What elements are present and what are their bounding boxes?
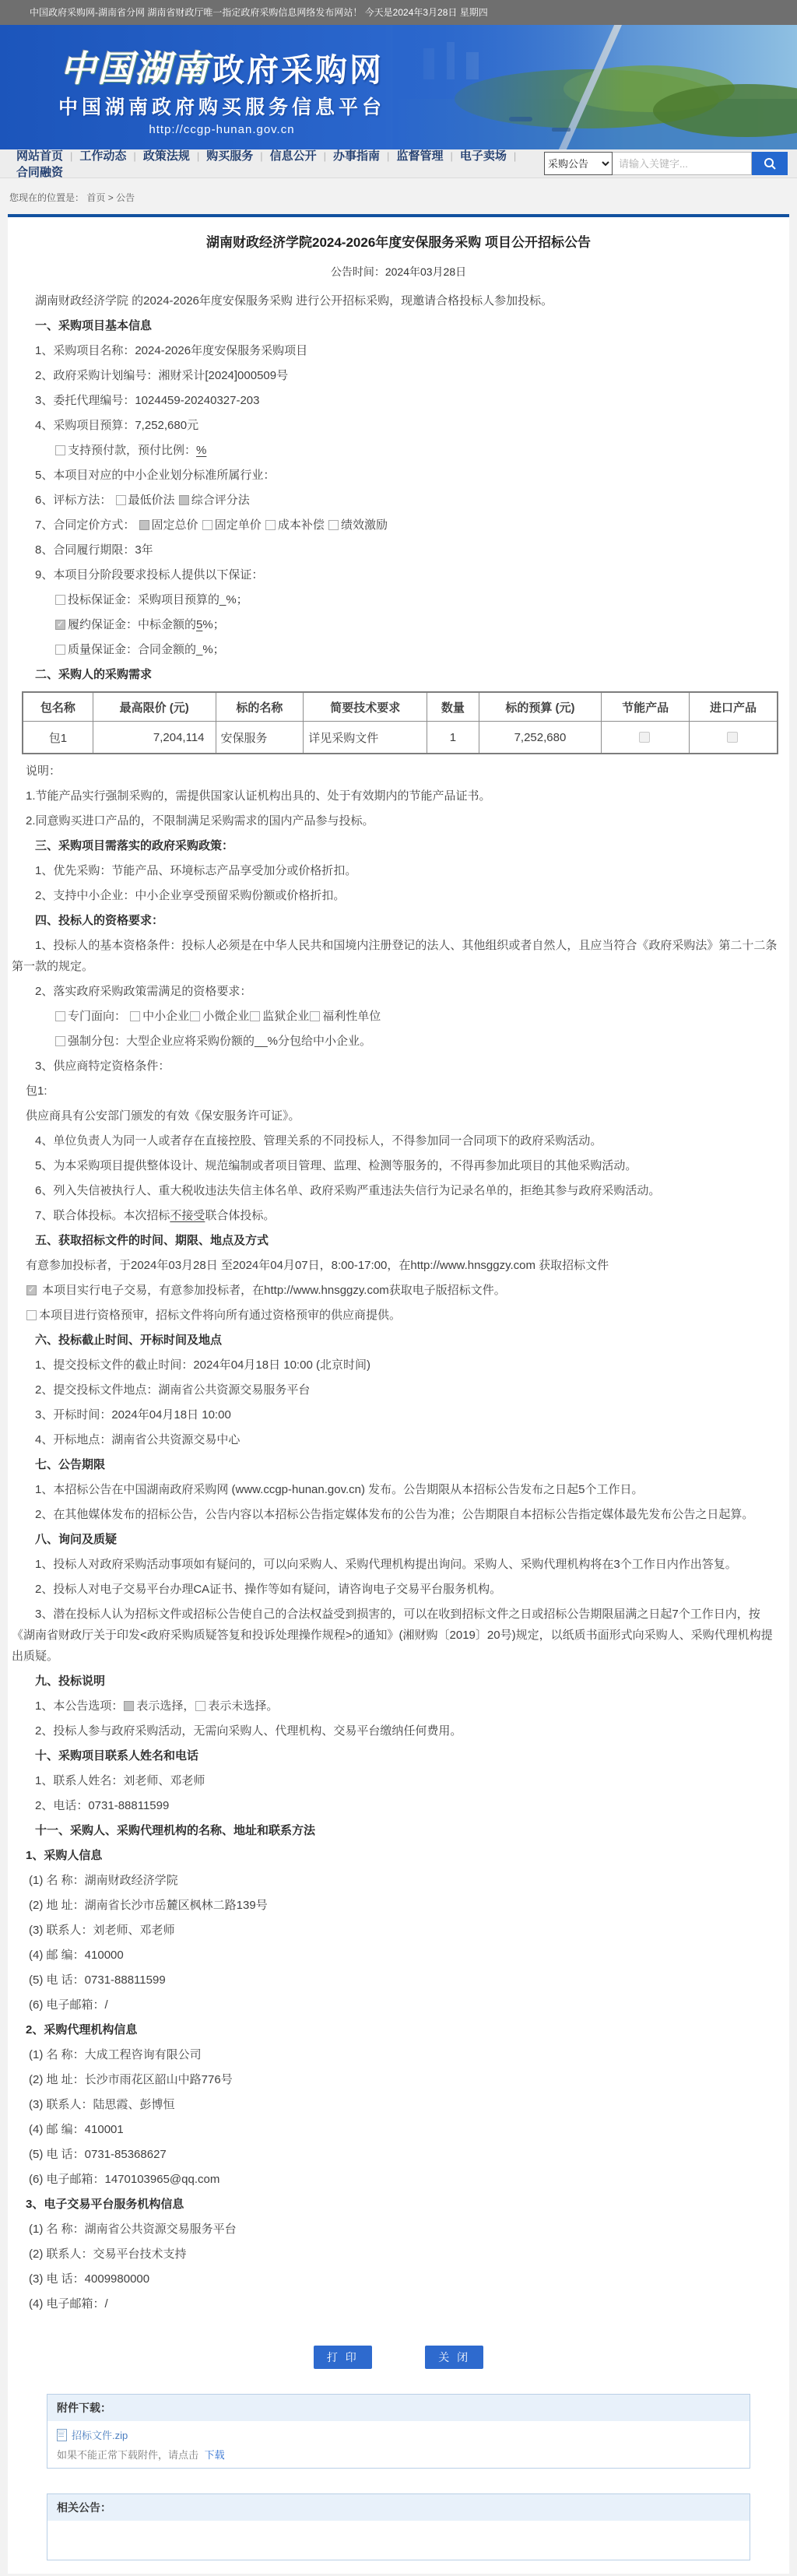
- doc-line: 6、列入失信被执行人、重大税收违法失信主体名单、政府采购严重违法失信行为记录名单…: [12, 1180, 785, 1201]
- doc-line: 专门面向： 中小企业小微企业监狱企业福利性单位: [12, 1006, 785, 1027]
- checkbox-disabled-icon: [727, 732, 738, 743]
- nav-item-5[interactable]: 信息公开: [263, 149, 324, 163]
- search-icon: [763, 156, 777, 170]
- checkbox-unchecked-icon: [265, 520, 276, 530]
- doc-line: (5) 电 话：0731-88811599: [12, 1970, 785, 1991]
- logo-main-text: 政府采购网: [212, 52, 384, 88]
- table-cell: 安保服务: [216, 722, 304, 754]
- site-banner: 中国湖南政府采购网 中国湖南政府购买服务信息平台 http://ccgp-hun…: [0, 25, 797, 149]
- table-header-cell: 简要技术要求: [304, 692, 427, 722]
- table-header-cell: 包名称: [23, 692, 93, 722]
- checkbox-unchecked-icon: [55, 645, 65, 655]
- attachment-note: 如果不能正常下载附件，请点击 下载: [57, 2447, 740, 2462]
- doc-line: 十、采购项目联系人姓名和电话: [12, 1745, 785, 1766]
- doc-line: 8、合同履行期限：3年: [12, 539, 785, 561]
- nav-item-8[interactable]: 电子卖场: [453, 149, 514, 163]
- table-header-cell: 标的预算 (元): [479, 692, 602, 722]
- checkbox-unchecked-icon: [202, 520, 212, 530]
- table-header-row: 包名称最高限价 (元)标的名称简要技术要求数量标的预算 (元)节能产品进口产品: [23, 692, 778, 722]
- close-button[interactable]: 关 闭: [425, 2346, 483, 2369]
- nav-item-6[interactable]: 办事指南: [326, 149, 387, 163]
- nav-item-3[interactable]: 政策法规: [136, 149, 197, 163]
- search-button[interactable]: [752, 152, 788, 175]
- nav-items: 网站首页|工作动态|政策法规|购买服务|信息公开|办事指南|监督管理|电子卖场|…: [9, 147, 544, 180]
- breadcrumb-separator: >: [108, 192, 114, 203]
- table-header-cell: 最高限价 (元): [93, 692, 216, 722]
- main-nav: 网站首页|工作动态|政策法规|购买服务|信息公开|办事指南|监督管理|电子卖场|…: [0, 149, 797, 178]
- doc-line: 1、投标人对政府采购活动事项如有疑问的，可以向采购人、采购代理机构提出询问。采购…: [12, 1554, 785, 1575]
- attachment-body: 招标文件.zip 如果不能正常下载附件，请点击 下载: [47, 2421, 750, 2468]
- doc-line: (2) 地 址：湖南省长沙市岳麓区枫林二路139号: [12, 1895, 785, 1916]
- banner-url: http://ccgp-hunan.gov.cn: [0, 123, 444, 136]
- doc-line: (4) 电子邮箱：/: [12, 2293, 785, 2314]
- nav-search-group: 采购公告: [544, 152, 788, 175]
- doc-line: 4、单位负责人为同一人或者存在直接控股、管理关系的不同投标人，不得参加同一合同项…: [12, 1130, 785, 1151]
- table-cell: 7,204,114: [93, 722, 216, 754]
- doc-line: 支持预付款，预付比例：%: [12, 440, 785, 461]
- doc-line: 投标保证金：采购项目预算的_%；: [12, 589, 785, 610]
- checkbox-unchecked-icon: [116, 495, 126, 505]
- table-header-cell: 数量: [427, 692, 479, 722]
- doc-line: 五、获取招标文件的时间、期限、地点及方式: [12, 1230, 785, 1251]
- breadcrumb-prefix: 您现在的位置是：: [9, 192, 84, 203]
- checkbox-checked-icon: [139, 520, 149, 530]
- announcement-card: 湖南财政经济学院2024-2026年度安保服务采购 项目公开招标公告 公告时间：…: [8, 214, 789, 2574]
- doc-line: 1、联系人姓名：刘老师、邓老师: [12, 1770, 785, 1791]
- doc-line: 说明：: [12, 761, 785, 782]
- doc-line: (5) 电 话：0731-85368627: [12, 2144, 785, 2165]
- search-category-select[interactable]: 采购公告: [544, 152, 613, 175]
- table-header-cell: 进口产品: [689, 692, 778, 722]
- nav-item-4[interactable]: 购买服务: [199, 149, 260, 163]
- doc-line: 三、采购项目需落实的政府采购政策：: [12, 835, 785, 856]
- underlined-text: 不接受: [170, 1209, 205, 1222]
- breadcrumb-home-link[interactable]: 首页: [86, 192, 105, 203]
- doc-line: (6) 电子邮箱：1470103965@qq.com: [12, 2169, 785, 2190]
- table-cell: 详见采购文件: [304, 722, 427, 754]
- doc-line: 质量保证金：合同金额的_%；: [12, 639, 785, 660]
- doc-line: 2.同意购买进口产品的，不限制满足采购需求的国内产品参与投标。: [12, 810, 785, 831]
- doc-line: (4) 邮 编：410001: [12, 2119, 785, 2140]
- doc-line: 2、政府采购计划编号：湘财采计[2024]000509号: [12, 365, 785, 386]
- nav-item-7[interactable]: 监督管理: [389, 149, 450, 163]
- checkbox-disabled-icon: [639, 732, 650, 743]
- site-logo: 中国湖南政府采购网: [0, 40, 444, 92]
- doc-line: 八、询问及质疑: [12, 1529, 785, 1550]
- nav-separator: |: [514, 150, 516, 162]
- doc-line: 9、本项目分阶段要求投标人提供以下保证：: [12, 564, 785, 585]
- doc-line: 2、落实政府采购政策需满足的资格要求：: [12, 981, 785, 1002]
- checkbox-unchecked-icon: [195, 1701, 205, 1711]
- doc-line: (2) 地 址：长沙市雨花区韶山中路776号: [12, 2069, 785, 2090]
- announcement-body: 湖南财政经济学院 的2024-2026年度安保服务采购 进行公开招标采购，现邀请…: [12, 290, 785, 2314]
- doc-line: (1) 名 称：湖南财政经济学院: [12, 1870, 785, 1891]
- checkbox-unchecked-icon: [310, 1011, 320, 1021]
- doc-line: 有意参加投标者，于2024年03月28日 至2024年04月07日，8:00-1…: [12, 1255, 785, 1276]
- table-cell: 1: [427, 722, 479, 754]
- doc-line: 九、投标说明: [12, 1671, 785, 1692]
- doc-line: 供应商具有公安部门颁发的有效《保安服务许可证》。: [12, 1105, 785, 1126]
- doc-line: 7、联合体投标。本次招标不接受联合体投标。: [12, 1205, 785, 1226]
- doc-section-1: 湖南财政经济学院 的2024-2026年度安保服务采购 进行公开招标采购，现邀请…: [12, 290, 785, 685]
- doc-line: 3、开标时间：2024年04月18日 10:00: [12, 1404, 785, 1425]
- doc-line: (4) 邮 编：410000: [12, 1945, 785, 1966]
- breadcrumb: 您现在的位置是： 首页 > 公告: [0, 178, 797, 214]
- doc-line: 5、为本采购项目提供整体设计、规范编制或者项目管理、监理、检测等服务的，不得再参…: [12, 1155, 785, 1176]
- action-buttons: 打 印 关 闭: [12, 2346, 785, 2369]
- doc-line: 2、采购代理机构信息: [12, 2019, 785, 2040]
- checkbox-checked-icon: [26, 1285, 37, 1295]
- doc-line: (2) 联系人：交易平台技术支持: [12, 2244, 785, 2265]
- table-cell: [689, 722, 778, 754]
- table-cell: [602, 722, 690, 754]
- banner-photo: [392, 25, 797, 149]
- doc-line: 1、采购人信息: [12, 1845, 785, 1866]
- doc-section-2: 说明：1.节能产品实行强制采购的，需提供国家认证机构出具的、处于有效期内的节能产…: [12, 761, 785, 2314]
- nav-item-2[interactable]: 工作动态: [72, 149, 133, 163]
- doc-line: 7、合同定价方式： 固定总价 固定单价 成本补偿 绩效激励: [12, 515, 785, 536]
- page: { "topbar": {"text": "中国政府采购网-湖南省分网 湖南省财…: [0, 0, 797, 2576]
- doc-line: 3、委托代理编号：1024459-20240327-203: [12, 390, 785, 411]
- doc-line: 1、投标人的基本资格条件：投标人必须是在中华人民共和国境内注册登记的法人、其他组…: [12, 935, 785, 977]
- checkbox-checked-icon: [124, 1701, 134, 1711]
- banner-subtitle: 中国湖南政府购买服务信息平台: [0, 92, 444, 120]
- doc-line: 1、提交投标文件的截止时间：2024年04月18日 10:00 (北京时间): [12, 1355, 785, 1376]
- related-header: 相关公告：: [47, 2494, 750, 2521]
- doc-line: 6、评标方法： 最低价法 综合评分法: [12, 490, 785, 511]
- doc-line: (6) 电子邮箱：/: [12, 1994, 785, 2015]
- doc-line: 1、本招标公告在中国湖南政府采购网 (www.ccgp-hunan.gov.cn…: [12, 1479, 785, 1500]
- doc-line: 强制分包：大型企业应将采购份额的__%分包给中小企业。: [12, 1031, 785, 1052]
- breadcrumb-current-link[interactable]: 公告: [116, 192, 135, 203]
- table-header-cell: 节能产品: [602, 692, 690, 722]
- doc-line: 3、潜在投标人认为招标文件或招标公告使自己的合法权益受到损害的，可以在收到招标文…: [12, 1604, 785, 1667]
- attachment-file-row: 招标文件.zip: [57, 2427, 740, 2442]
- doc-line: 2、投标人对电子交易平台办理CA证书、操作等如有疑问，请咨询电子交易平台服务机构…: [12, 1579, 785, 1600]
- nav-item-9[interactable]: 合同融资: [9, 166, 70, 179]
- top-notice-bar: 中国政府采购网-湖南省分网 湖南省财政厅唯一指定政府采购信息网络发布网站！ 今天…: [0, 0, 797, 25]
- announcement-date: 公告时间：2024年03月28日: [12, 264, 785, 279]
- attachment-note-link[interactable]: 下载: [205, 2449, 225, 2461]
- doc-line: 2、支持中小企业：中小企业享受预留采购份额或价格折扣。: [12, 885, 785, 906]
- underlined-text: %: [196, 444, 206, 457]
- checkbox-unchecked-icon: [190, 1011, 200, 1021]
- table-cell: 包1: [23, 722, 93, 754]
- external-link[interactable]: http://www.hnsggzy.com: [410, 1259, 535, 1272]
- doc-line: (1) 名 称：大成工程咨询有限公司: [12, 2044, 785, 2065]
- doc-line: 1、本公告选项：表示选择，表示未选择。: [12, 1696, 785, 1717]
- doc-line: 4、采购项目预算：7,252,680元: [12, 415, 785, 436]
- doc-line: 六、投标截止时间、开标时间及地点: [12, 1330, 785, 1351]
- doc-line: 2、电话：0731-88811599: [12, 1795, 785, 1816]
- attachment-header: 附件下载：: [47, 2395, 750, 2421]
- underlined-text: 5: [196, 618, 202, 631]
- table-row: 包17,204,114安保服务详见采购文件17,252,680: [23, 722, 778, 754]
- doc-line: 一、采购项目基本信息: [12, 315, 785, 336]
- doc-line: 本项目进行资格预审，招标文件将向所有通过资格预审的供应商提供。: [12, 1305, 785, 1326]
- checkbox-unchecked-icon: [130, 1011, 140, 1021]
- related-box: 相关公告：: [47, 2493, 750, 2560]
- attachment-note-text: 如果不能正常下载附件，请点击: [57, 2449, 198, 2461]
- checkbox-unchecked-icon: [55, 1011, 65, 1021]
- doc-line: 3、电子交易平台服务机构信息: [12, 2194, 785, 2215]
- external-link[interactable]: http://www.hnsggzy.com: [264, 1284, 389, 1297]
- doc-line: 四、投标人的资格要求：: [12, 910, 785, 931]
- logo-script-text: 中国湖南: [60, 47, 209, 90]
- checkbox-unchecked-icon: [55, 595, 65, 605]
- doc-line: (3) 联系人：陆思霞、彭博恒: [12, 2094, 785, 2115]
- doc-line: 2、投标人参与政府采购活动，无需向采购人、代理机构、交易平台缴纳任何费用。: [12, 1720, 785, 1741]
- table-header-cell: 标的名称: [216, 692, 304, 722]
- checkbox-unchecked-icon: [250, 1011, 260, 1021]
- nav-item-1[interactable]: 网站首页: [9, 149, 70, 163]
- print-button[interactable]: 打 印: [314, 2346, 372, 2369]
- checkbox-unchecked-icon: [328, 520, 339, 530]
- doc-line: 二、采购人的采购需求: [12, 664, 785, 685]
- top-notice-text: 中国政府采购网-湖南省分网 湖南省财政厅唯一指定政府采购信息网络发布网站！ 今天…: [30, 7, 488, 18]
- doc-line: 包1:: [12, 1081, 785, 1102]
- document-icon: [57, 2429, 67, 2441]
- related-body: [47, 2521, 750, 2560]
- checkbox-checked-icon: [179, 495, 189, 505]
- doc-line: 湖南财政经济学院 的2024-2026年度安保服务采购 进行公开招标采购，现邀请…: [12, 290, 785, 311]
- checkbox-unchecked-icon: [55, 1036, 65, 1046]
- attachment-box: 附件下载： 招标文件.zip 如果不能正常下载附件，请点击 下载: [47, 2394, 750, 2469]
- doc-line: 2、提交投标文件地点：湖南省公共资源交易服务平台: [12, 1379, 785, 1400]
- checkbox-checked-icon: [55, 620, 65, 630]
- doc-line: 七、公告期限: [12, 1454, 785, 1475]
- page-title: 湖南财政经济学院2024-2026年度安保服务采购 项目公开招标公告: [12, 217, 785, 251]
- requirement-table: 包名称最高限价 (元)标的名称简要技术要求数量标的预算 (元)节能产品进口产品 …: [22, 691, 778, 754]
- doc-line: (1) 名 称：湖南省公共资源交易服务平台: [12, 2219, 785, 2240]
- checkbox-unchecked-icon: [55, 445, 65, 455]
- doc-line: 4、开标地点：湖南省公共资源交易中心: [12, 1429, 785, 1450]
- doc-line: 5、本项目对应的中小企业划分标准所属行业：: [12, 465, 785, 486]
- attachment-file-link[interactable]: 招标文件.zip: [72, 2427, 128, 2442]
- doc-line: 履约保证金：中标金额的5%；: [12, 614, 785, 635]
- doc-line: 1、优先采购：节能产品、环境标志产品享受加分或价格折扣。: [12, 860, 785, 881]
- doc-line: 2、在其他媒体发布的招标公告，公告内容以本招标公告指定媒体发布的公告为准；公告期…: [12, 1504, 785, 1525]
- doc-line: 本项目实行电子交易，有意参加投标者，在http://www.hnsggzy.co…: [12, 1280, 785, 1301]
- doc-line: 1.节能产品实行强制采购的，需提供国家认证机构出具的、处于有效期内的节能产品证书…: [12, 785, 785, 807]
- doc-line: 1、采购项目名称：2024-2026年度安保服务采购项目: [12, 340, 785, 361]
- doc-line: 十一、采购人、采购代理机构的名称、地址和联系方法: [12, 1820, 785, 1841]
- search-input[interactable]: [613, 152, 752, 175]
- doc-line: 3、供应商特定资格条件：: [12, 1056, 785, 1077]
- doc-line: (3) 联系人：刘老师、邓老师: [12, 1920, 785, 1941]
- checkbox-unchecked-icon: [26, 1310, 37, 1320]
- doc-line: (3) 电 话：4009980000: [12, 2268, 785, 2290]
- table-cell: 7,252,680: [479, 722, 602, 754]
